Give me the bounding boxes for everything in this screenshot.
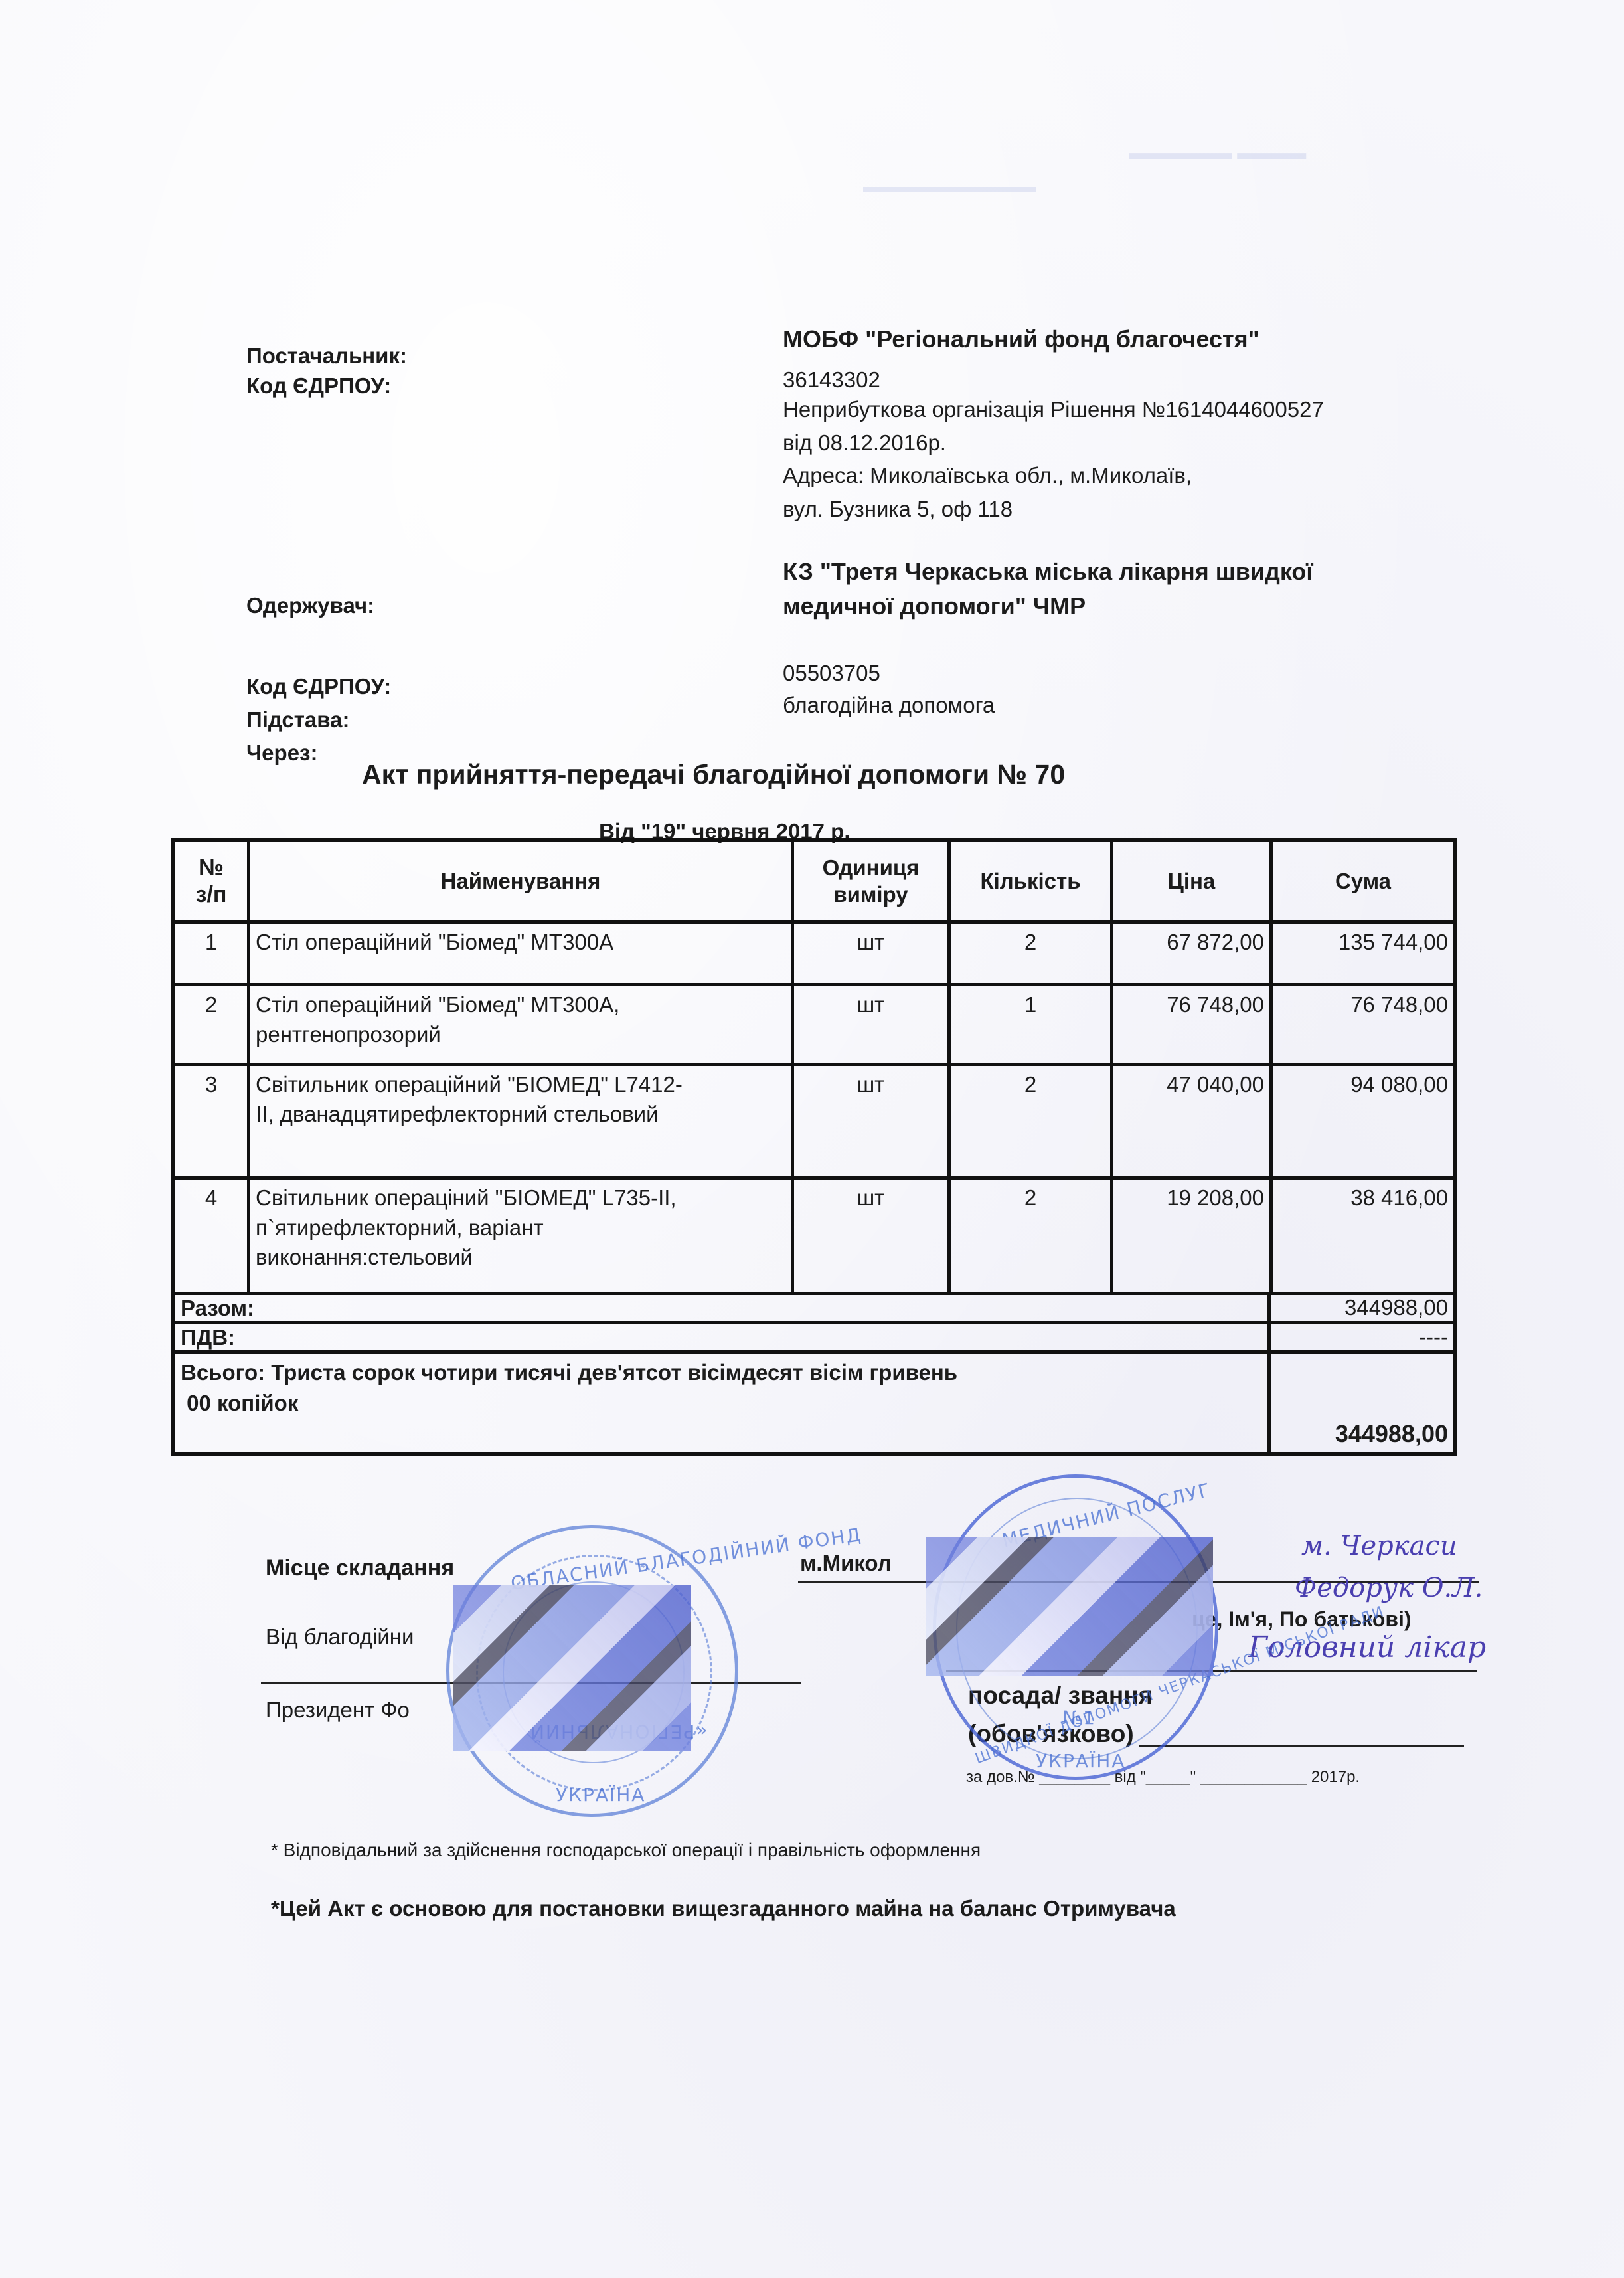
table-row: 1 Стіл операційний "Біомед" МТ300А шт 2 … [175, 924, 1453, 986]
column-header-number: № з/п [175, 842, 250, 920]
place-value-supplier: м.Микол [800, 1551, 892, 1576]
place-label: Місце складання [266, 1555, 454, 1581]
show-through-text: ▬▬▬▬▬▬▬▬▬▬ [863, 176, 1036, 197]
recipient-code: 05503705 [783, 661, 880, 686]
row-name: Стіл операційний "Біомед" МТ300А, рентге… [250, 986, 794, 1063]
supplier-code: 36143302 [783, 367, 880, 393]
redacted-signature-right [926, 1537, 1213, 1676]
subtotal-value: 344988,00 [1271, 1295, 1453, 1321]
row-name: Стіл операційний "Біомед" МТ300А [250, 924, 794, 983]
row-name: Світильник операційний "БІОМЕД" L7412- І… [250, 1066, 794, 1176]
row-number: 3 [175, 1066, 250, 1176]
column-header-unit-line-1: Одиниця [823, 855, 920, 881]
vat-value: ---- [1271, 1324, 1453, 1350]
row-quantity: 1 [951, 986, 1113, 1063]
row-unit: шт [794, 1066, 951, 1176]
row-quantity: 2 [951, 924, 1113, 983]
row-unit: шт [794, 986, 951, 1063]
table-row: 3 Світильник операційний "БІОМЕД" L7412-… [175, 1066, 1453, 1180]
recipient-name-line-1: КЗ "Третя Черкаська міська лікарня швидк… [783, 558, 1313, 586]
row-price: 19 208,00 [1113, 1180, 1273, 1292]
row-name-line: Стіл операційний "Біомед" МТ300А [256, 928, 785, 958]
column-header-name: Найменування [250, 842, 794, 920]
subtotal-row: Разом: 344988,00 [175, 1295, 1453, 1324]
table-row: 4 Світильник операціний "БІОМЕД" L735-ІІ… [175, 1180, 1453, 1295]
supplier-code-label: Код ЄДРПОУ: [246, 373, 391, 398]
column-header-sum: Сума [1273, 842, 1453, 920]
row-name-line: виконання:стельовий [256, 1243, 785, 1272]
position-underline [1139, 1745, 1464, 1747]
row-sum: 76 748,00 [1273, 986, 1453, 1063]
row-name-line: ІІ, дванадцятирефлекторний стельовий [256, 1100, 785, 1130]
vat-label: ПДВ: [175, 1324, 1271, 1350]
supplier-name: МОБФ "Регіональний фонд благочестя" [783, 325, 1259, 353]
total-row: Всього: Триста сорок чотири тисячі дев'я… [175, 1354, 1453, 1452]
supplier-address-line-2: вул. Бузника 5, оф 118 [783, 497, 1013, 522]
row-name-line: Світильник операціний "БІОМЕД" L735-ІІ, [256, 1183, 785, 1213]
via-label: Через: [246, 741, 317, 766]
total-label-line-1: Всього: Триста сорок чотири тисячі дев'я… [181, 1358, 1262, 1388]
stamp-text: УКРАЇНА [556, 1784, 645, 1806]
row-name: Світильник операціний "БІОМЕД" L735-ІІ, … [250, 1180, 794, 1292]
row-number: 4 [175, 1180, 250, 1292]
column-header-number-line-2: з/п [196, 881, 227, 909]
row-price: 76 748,00 [1113, 986, 1273, 1063]
column-header-unit: Одиниця виміру [794, 842, 951, 920]
row-name-line: Світильник операційний "БІОМЕД" L7412- [256, 1070, 785, 1100]
row-quantity: 2 [951, 1180, 1113, 1292]
items-table: № з/п Найменування Одиниця виміру Кількі… [171, 838, 1457, 1456]
row-name-line: рентгенопрозорий [256, 1020, 785, 1050]
redacted-signature-left [453, 1585, 691, 1751]
total-value: 344988,00 [1271, 1354, 1453, 1452]
basis-value: благодійна допомога [783, 693, 995, 718]
row-number: 2 [175, 986, 250, 1063]
total-label: Всього: Триста сорок чотири тисячі дев'я… [175, 1354, 1271, 1452]
president-label: Президент Фо [266, 1698, 410, 1723]
stamp-text: №1 [1062, 1707, 1096, 1729]
recipient-name-line-2: медичної допомоги" ЧМР [783, 592, 1086, 620]
column-header-quantity: Кількість [951, 842, 1113, 920]
recipient-code-label: Код ЄДРПОУ: [246, 674, 391, 699]
recipient-label: Одержувач: [246, 593, 374, 618]
supplier-address-line-1: Адреса: Миколаївська обл., м.Миколаїв, [783, 463, 1192, 488]
supplier-status-date: від 08.12.2016р. [783, 430, 946, 456]
table-header-row: № з/п Найменування Одиниця виміру Кількі… [175, 842, 1453, 924]
row-sum: 135 744,00 [1273, 924, 1453, 983]
power-of-attorney-line: за дов.№ ________ від "_____" __________… [966, 1768, 1360, 1787]
row-name-line: Стіл операційний "Біомед" МТ300А, [256, 990, 785, 1020]
row-name-line: п`ятирефлекторний, варіант [256, 1213, 785, 1243]
from-charity-label: Від благодійни [266, 1624, 414, 1650]
supplier-label: Постачальник: [246, 343, 407, 369]
row-unit: шт [794, 924, 951, 983]
handwritten-place: м. Черкаси [1301, 1531, 1457, 1561]
row-number: 1 [175, 924, 250, 983]
column-header-price: Ціна [1113, 842, 1273, 920]
column-header-unit-line-2: виміру [833, 881, 908, 908]
footnote-responsible: * Відповідальний за здійснення господарс… [271, 1840, 981, 1861]
row-sum: 94 080,00 [1273, 1066, 1453, 1176]
subtotal-label: Разом: [175, 1295, 1271, 1321]
row-sum: 38 416,00 [1273, 1180, 1453, 1292]
row-unit: шт [794, 1180, 951, 1292]
basis-label: Підстава: [246, 707, 349, 733]
row-price: 67 872,00 [1113, 924, 1273, 983]
row-price: 47 040,00 [1113, 1066, 1273, 1176]
act-title: Акт прийняття-передачі благодійної допом… [362, 759, 1065, 790]
vat-row: ПДВ: ---- [175, 1324, 1453, 1354]
handwritten-name: Федорук О.Л. [1295, 1573, 1483, 1603]
total-label-line-2: 00 копійок [181, 1388, 1262, 1419]
column-header-number-line-1: № [199, 854, 224, 881]
show-through-text: ▬▬▬▬▬▬ ▬▬▬▬ [1129, 143, 1306, 163]
row-quantity: 2 [951, 1066, 1113, 1176]
footnote-balance: *Цей Акт є основою для постановки вищезг… [271, 1896, 1176, 1921]
supplier-status: Неприбуткова організація Рішення №161404… [783, 397, 1324, 422]
stamp-text: УКРАЇНА [1036, 1750, 1125, 1772]
table-row: 2 Стіл операційний "Біомед" МТ300А, рент… [175, 986, 1453, 1066]
